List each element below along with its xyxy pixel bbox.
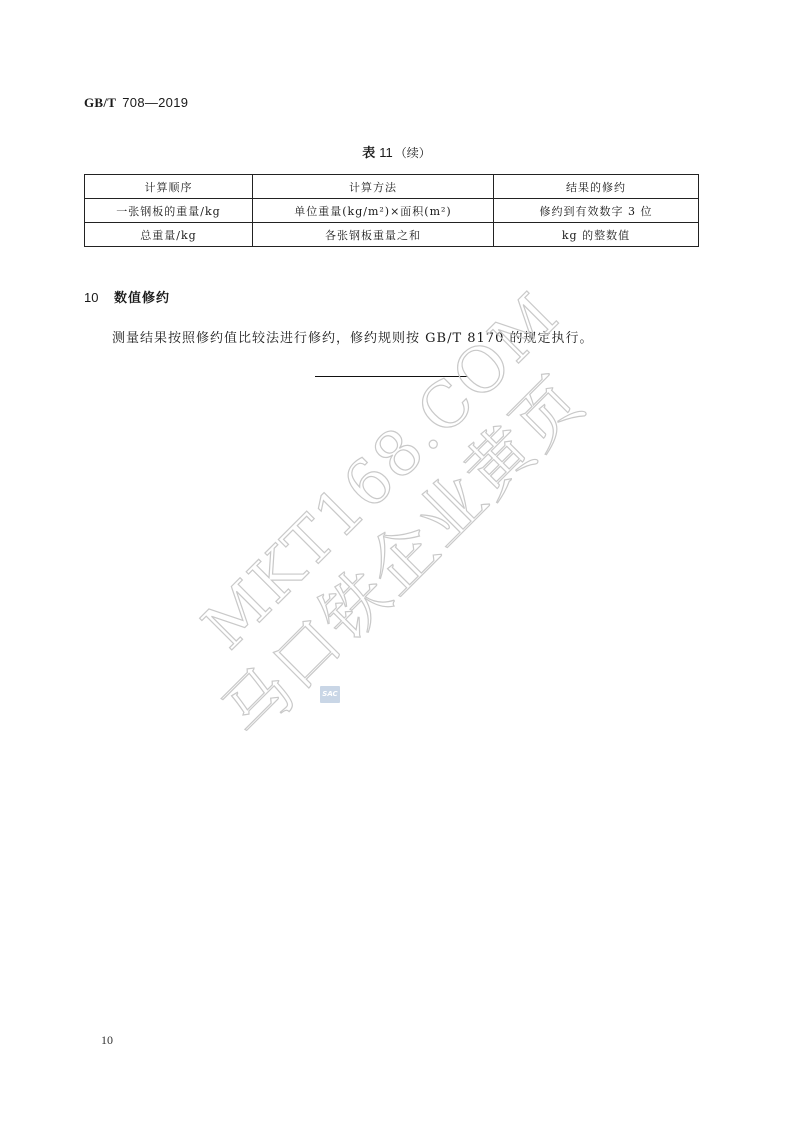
sac-logo-icon: SAC (320, 686, 340, 703)
table-title-continued: （续） (395, 146, 431, 160)
section-heading: 10数值修约 (84, 287, 170, 306)
watermark-line-2: 马口铁企业黄页 (198, 351, 602, 755)
table-title: 表11（续） (0, 142, 793, 161)
column-header: 计算顺序 (85, 175, 253, 199)
table-cell: kg 的整数值 (494, 223, 699, 247)
section-paragraph: 测量结果按照修约值比较法进行修约，修约规则按 GB/T 8170 的规定执行。 (112, 327, 593, 346)
table-cell: 单位重量(kg/m²)×面积(m²) (253, 199, 494, 223)
watermark: MKT168.COM 马口铁企业黄页 SAC (0, 0, 793, 1122)
table-title-number: 11 (379, 145, 393, 160)
section-title: 数值修约 (114, 291, 170, 306)
section-number: 10 (84, 290, 114, 305)
calculation-table: 计算顺序 计算方法 结果的修约 一张钢板的重量/kg 单位重量(kg/m²)×面… (84, 174, 699, 247)
document-header: GB/T708—2019 (84, 95, 188, 111)
table-title-label: 表 (362, 146, 375, 161)
table-cell: 总重量/kg (85, 223, 253, 247)
page-number: 10 (101, 1033, 113, 1048)
column-header: 计算方法 (253, 175, 494, 199)
table-cell: 修约到有效数字 3 位 (494, 199, 699, 223)
standard-number: 708—2019 (122, 95, 188, 110)
table-row: 总重量/kg 各张钢板重量之和 kg 的整数值 (85, 223, 699, 247)
column-header: 结果的修约 (494, 175, 699, 199)
table-cell: 各张钢板重量之和 (253, 223, 494, 247)
table-row: 一张钢板的重量/kg 单位重量(kg/m²)×面积(m²) 修约到有效数字 3 … (85, 199, 699, 223)
end-of-document-rule (315, 376, 468, 377)
table-cell: 一张钢板的重量/kg (85, 199, 253, 223)
table-header-row: 计算顺序 计算方法 结果的修约 (85, 175, 699, 199)
standard-prefix: GB/T (84, 95, 116, 110)
